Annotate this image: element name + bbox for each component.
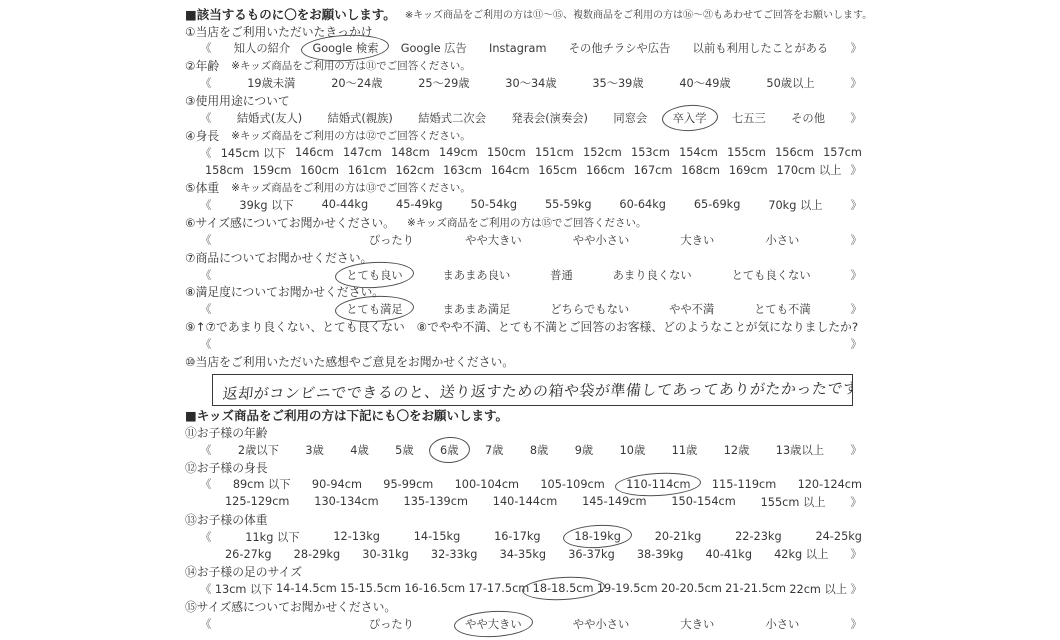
question-label-line: ⑭お子様の足のサイズ <box>185 563 862 580</box>
bracket-open: 《 <box>200 145 212 161</box>
option-label: 120-124cm <box>798 478 862 491</box>
option: 110-114cm <box>626 478 690 491</box>
option-label: 50歳以上 <box>766 77 814 90</box>
option: 19-19.5cm <box>597 582 658 595</box>
question-label: ⑦商品についてお聞かせください。 <box>185 249 372 266</box>
bracket-open: 《 <box>200 267 212 283</box>
option: 125-129cm <box>225 495 289 508</box>
option: 20-21kg <box>655 530 702 543</box>
form-header-note: ※キッズ商品をご利用の方は⑪～⑮、複数商品をご利用の方は⑯～㉑もあわせてご回答を… <box>405 6 872 21</box>
option-label: やや不満 <box>669 303 714 316</box>
option: 7歳 <box>485 442 504 458</box>
option: 知人の紹介 <box>234 40 291 56</box>
option: 13歳以上 <box>776 442 824 458</box>
option-label: 161cm <box>348 164 387 177</box>
option-row: 《》 <box>185 335 862 352</box>
option: 160cm <box>300 164 339 177</box>
question-label-line: ⑫お子様の身長 <box>185 458 862 475</box>
option-label: 34-35kg <box>500 548 547 561</box>
option: 130-134cm <box>314 495 378 508</box>
option-label: 165cm <box>538 164 577 177</box>
question-label-line: ②年齢※キッズ商品をご利用の方は⑪でご回答ください。 <box>185 57 862 74</box>
bracket-open: 《 <box>200 301 212 317</box>
question-label: ⑮サイズ感についてお聞かせください。 <box>185 598 396 615</box>
option-label: 3歳 <box>305 444 324 457</box>
option: 39kg 以下 <box>239 197 293 213</box>
option: 40-44kg <box>322 198 369 211</box>
option-label: 145-149cm <box>582 495 646 508</box>
bracket-open: 《 <box>200 442 212 458</box>
option: まあまあ良い <box>443 267 511 283</box>
option: 19歳未満 <box>247 75 295 91</box>
option-label: 148cm <box>391 146 430 159</box>
option-label: 89cm 以下 <box>233 478 291 491</box>
option: 90-94cm <box>312 478 362 491</box>
option-label: 11kg 以下 <box>245 531 299 544</box>
option: 159cm <box>253 164 292 177</box>
option: 14-14.5cm <box>276 582 337 595</box>
bracket-open: 《 <box>200 616 212 632</box>
option: 153cm <box>631 146 670 159</box>
option-label: 154cm <box>679 146 718 159</box>
option-label: 39kg 以下 <box>239 199 293 212</box>
bracket-close: 》 <box>851 616 863 632</box>
option-label: 14-15kg <box>414 530 461 543</box>
option: 22-23kg <box>735 530 782 543</box>
option-label: とても満足 <box>346 303 403 316</box>
option-label: 100-104cm <box>455 478 519 491</box>
option-label: 166cm <box>586 164 625 177</box>
option: 15-15.5cm <box>340 582 401 595</box>
option: 結婚式(親族) <box>328 110 393 126</box>
option-label: 35～39歳 <box>592 77 643 90</box>
option: 155cm <box>727 146 766 159</box>
option-label: 90-94cm <box>312 478 362 491</box>
option-label: 151cm <box>535 146 574 159</box>
option: ぴったり <box>369 232 414 248</box>
option-label: 60-64kg <box>619 198 666 211</box>
option: 14-15kg <box>414 530 461 543</box>
option: 152cm <box>583 146 622 159</box>
option: 60-64kg <box>619 198 666 211</box>
option-label: 155cm 以上 <box>761 496 826 509</box>
spacer <box>263 623 318 624</box>
option-label: 4歳 <box>350 444 369 457</box>
bracket-open: 《 <box>200 40 212 56</box>
question-label: ②年齢 <box>185 57 219 74</box>
option: 55-59kg <box>545 198 592 211</box>
q10-label-line: ⑩当店をご利用いただいた感想やご意見をお聞かせください。 <box>185 353 862 370</box>
question-label: ⑧満足度についてお聞かせください。 <box>185 283 384 300</box>
option: その他チラシや広告 <box>569 40 671 56</box>
option-label: 18-18.5cm <box>533 582 594 595</box>
option-row: 125-129cm130-134cm135-139cm140-144cm145-… <box>185 493 862 510</box>
option: 149cm <box>439 146 478 159</box>
option: 8歳 <box>530 442 549 458</box>
option: やや不満 <box>669 301 714 317</box>
bracket-close: 》 <box>850 162 862 178</box>
question-label: ⑨↑⑦であまり良くない、とても良くない ⑧でやや不満、とても不満とご回答のお客様… <box>185 318 858 335</box>
option-label: 130-134cm <box>314 495 378 508</box>
option: やや小さい <box>573 232 630 248</box>
option: 35～39歳 <box>592 75 643 91</box>
spacer <box>251 274 306 275</box>
option-label: 30～34歳 <box>505 77 556 90</box>
bracket-close: 》 <box>850 75 862 91</box>
option-row: 《19歳未満20～24歳25～29歳30～34歳35～39歳40～49歳50歳以… <box>185 75 862 92</box>
option-label: 153cm <box>631 146 670 159</box>
option-label: 12-13kg <box>333 530 380 543</box>
option-label: 2歳以下 <box>238 444 279 457</box>
option-label: 164cm <box>491 164 530 177</box>
option-label: やや小さい <box>573 618 630 631</box>
option-label: やや大きい <box>465 234 522 247</box>
option-label: 小さい <box>765 234 799 247</box>
option: 以前も利用したことがある <box>693 40 829 56</box>
option: やや大きい <box>465 616 522 632</box>
option: 169cm <box>729 164 768 177</box>
option: とても良い <box>346 267 403 283</box>
option-label: 22-23kg <box>735 530 782 543</box>
option: 小さい <box>765 616 799 632</box>
question-label: ⑤体重 <box>185 179 219 196</box>
option: 16-16.5cm <box>404 582 465 595</box>
option-label: 169cm <box>729 164 768 177</box>
question-label: ⑩当店をご利用いただいた感想やご意見をお聞かせください。 <box>185 353 514 370</box>
option-label: 65-69kg <box>694 198 741 211</box>
option: 大きい <box>680 232 714 248</box>
option-label: 大きい <box>680 234 714 247</box>
option: 20-20.5cm <box>661 582 722 595</box>
option: 145-149cm <box>582 495 646 508</box>
option: 10歳 <box>620 442 646 458</box>
option-label: 20-21kg <box>655 530 702 543</box>
option-label: 20～24歳 <box>331 77 382 90</box>
option-row: 《ぴったりやや大きいやや小さい大きい小さい》 <box>185 231 862 248</box>
option: 11歳 <box>672 442 698 458</box>
option-label: 26-27kg <box>225 548 272 561</box>
question-label-line: ①当店をご利用いただいたきっかけ <box>185 22 862 39</box>
option-label: 普通 <box>550 269 573 282</box>
option-label: Instagram <box>489 42 546 55</box>
option-label: 147cm <box>343 146 382 159</box>
question-label: ⑭お子様の足のサイズ <box>185 563 302 580</box>
option-label: 145cm 以下 <box>221 147 286 160</box>
option-label: 170cm 以上 <box>777 164 842 177</box>
option-row: 《とても満足まあまあ満足どちらでもないやや不満とても不満》 <box>185 301 862 318</box>
option: 結婚式(友人) <box>237 110 302 126</box>
bracket-open: 《 <box>200 110 212 126</box>
option-label: 40-44kg <box>322 198 369 211</box>
question-label-line: ⑥サイズ感についてお聞かせください。※キッズ商品をご利用の方は⑮でご回答ください… <box>185 214 862 231</box>
option-label: 110-114cm <box>626 478 690 491</box>
option: 145cm 以下 <box>221 145 286 161</box>
question-label-line: ⑪お子様の年齢 <box>185 424 862 441</box>
option-label: まあまあ満足 <box>443 303 511 316</box>
option: 105-109cm <box>540 478 604 491</box>
option-label: 156cm <box>775 146 814 159</box>
option: 170cm 以上 <box>777 162 842 178</box>
option: 25～29歳 <box>418 75 469 91</box>
option: 22cm 以上 <box>789 581 847 597</box>
bracket-open: 《 <box>200 336 212 352</box>
option-label: その他チラシや広告 <box>569 42 671 55</box>
option-label: 160cm <box>300 164 339 177</box>
bracket-close: 》 <box>851 336 863 352</box>
option-label: 95-99cm <box>383 478 433 491</box>
option-label: 32-33kg <box>431 548 478 561</box>
option: 20～24歳 <box>331 75 382 91</box>
question-note: ※キッズ商品をご利用の方は⑮でご回答ください。 <box>407 215 647 230</box>
option-label: 結婚式(友人) <box>237 112 302 125</box>
option: 34-35kg <box>500 548 547 561</box>
scanned-survey-page: ■該当するものに〇をお願いします。 ※キッズ商品をご利用の方は⑪～⑮、複数商品を… <box>0 0 1060 640</box>
option: Google 検索 <box>312 40 378 56</box>
option: 小さい <box>765 232 799 248</box>
option: 2歳以下 <box>238 442 279 458</box>
option-row: 《145cm 以下146cm147cm148cm149cm150cm151cm1… <box>185 144 862 161</box>
bracket-close: 》 <box>851 267 863 283</box>
option: 158cm <box>205 164 244 177</box>
option-label: 105-109cm <box>540 478 604 491</box>
option: 6歳 <box>440 442 459 458</box>
option: 156cm <box>775 146 814 159</box>
option-label: 結婚式(親族) <box>328 112 393 125</box>
option-label: 七五三 <box>732 112 766 125</box>
option: 28-29kg <box>294 548 341 561</box>
option: やや小さい <box>573 616 630 632</box>
option: 12歳 <box>724 442 750 458</box>
option-label: Google 検索 <box>312 42 378 55</box>
option-label: 22cm 以上 <box>789 583 847 596</box>
option-label: 168cm <box>681 164 720 177</box>
kids-questions-section: ⑪お子様の年齢《2歳以下3歳4歳5歳6歳7歳8歳9歳10歳11歳12歳13歳以上… <box>185 424 862 633</box>
option: とても良くない <box>732 267 811 283</box>
question-note: ※キッズ商品をご利用の方は⑬でご回答ください。 <box>231 180 471 195</box>
option-label: 30-31kg <box>362 548 409 561</box>
option: 150-154cm <box>671 495 735 508</box>
option: 3歳 <box>305 442 324 458</box>
question-label: ⑬お子様の体重 <box>185 511 268 528</box>
option-label: 知人の紹介 <box>234 42 291 55</box>
option: 18-18.5cm <box>533 582 594 595</box>
question-label: ③使用用途について <box>185 92 290 109</box>
option-label: やや大きい <box>465 618 522 631</box>
option: 135-139cm <box>404 495 468 508</box>
option-label: 115-119cm <box>712 478 776 491</box>
option-label: 40～49歳 <box>679 77 730 90</box>
option-label: 36-37kg <box>568 548 615 561</box>
option: 140-144cm <box>493 495 557 508</box>
option: 26-27kg <box>225 548 272 561</box>
option: やや大きい <box>465 232 522 248</box>
option: とても満足 <box>346 301 403 317</box>
option: 30～34歳 <box>505 75 556 91</box>
option: 157cm <box>823 146 862 159</box>
option-label: その他 <box>791 112 825 125</box>
option: 11kg 以下 <box>245 529 299 545</box>
option-label: 28-29kg <box>294 548 341 561</box>
option-label: 15-15.5cm <box>340 582 401 595</box>
option-label: 結婚式二次会 <box>418 112 486 125</box>
option-label: 19-19.5cm <box>597 582 658 595</box>
option: 卒入学 <box>673 110 707 126</box>
option: 9歳 <box>575 442 594 458</box>
bracket-close: 》 <box>851 197 863 213</box>
option: 発表会(演奏会) <box>511 110 588 126</box>
option: 155cm 以上 <box>761 494 826 510</box>
option: 95-99cm <box>383 478 433 491</box>
option: その他 <box>791 110 825 126</box>
option-label: 7歳 <box>485 444 504 457</box>
option-label: とても良い <box>346 269 403 282</box>
option: 18-19kg <box>574 530 621 543</box>
option: 13cm 以下 <box>215 581 273 597</box>
option: まあまあ満足 <box>443 301 511 317</box>
comment-box: 返却がコンビニでできるのと、送り返すための箱や袋が準備してあってありがたかったで… <box>212 374 853 406</box>
option: 結婚式二次会 <box>418 110 486 126</box>
option-row: 《とても良いまあまあ良い普通あまり良くないとても良くない》 <box>185 266 862 283</box>
option: 150cm <box>487 146 526 159</box>
question-label: ④身長 <box>185 127 219 144</box>
option-label: 125-129cm <box>225 495 289 508</box>
option-label: 150cm <box>487 146 526 159</box>
option-row: 《11kg 以下12-13kg14-15kg16-17kg18-19kg20-2… <box>185 528 862 545</box>
option-label: 12歳 <box>724 444 750 457</box>
spacer <box>263 239 318 240</box>
option-row: 《13cm 以下14-14.5cm15-15.5cm16-16.5cm17-17… <box>185 580 862 597</box>
option-label: 149cm <box>439 146 478 159</box>
option-label: 6歳 <box>440 444 459 457</box>
option: 65-69kg <box>694 198 741 211</box>
option-label: とても不満 <box>754 303 811 316</box>
option: 30-31kg <box>362 548 409 561</box>
option: 40-41kg <box>705 548 752 561</box>
option-label: 42kg 以上 <box>774 548 828 561</box>
option-label: 157cm <box>823 146 862 159</box>
option-row: 26-27kg28-29kg30-31kg32-33kg34-35kg36-37… <box>185 545 862 562</box>
form-content: ■該当するものに〇をお願いします。 ※キッズ商品をご利用の方は⑪～⑮、複数商品を… <box>185 5 862 632</box>
option: 大きい <box>680 616 714 632</box>
option: 100-104cm <box>455 478 519 491</box>
option-label: 17-17.5cm <box>468 582 529 595</box>
option: 164cm <box>491 164 530 177</box>
option-label: 同窓会 <box>613 112 647 125</box>
option: 151cm <box>535 146 574 159</box>
option: 167cm <box>634 164 673 177</box>
option-label: 150-154cm <box>671 495 735 508</box>
question-label-line: ⑨↑⑦であまり良くない、とても良くない ⑧でやや不満、とても不満とご回答のお客様… <box>185 318 862 335</box>
option: 168cm <box>681 164 720 177</box>
option: 115-119cm <box>712 478 776 491</box>
option-label: 158cm <box>205 164 244 177</box>
form-header: ■該当するものに〇をお願いします。 ※キッズ商品をご利用の方は⑪～⑮、複数商品を… <box>185 5 862 22</box>
option-label: 146cm <box>295 146 334 159</box>
option-row: 158cm159cm160cm161cm162cm163cm164cm165cm… <box>185 162 862 179</box>
main-questions-section: ①当店をご利用いただいたきっかけ《知人の紹介Google 検索Google 広告… <box>185 22 862 352</box>
option-label: 19歳未満 <box>247 77 295 90</box>
question-label-line: ④身長※キッズ商品をご利用の方は⑫でご回答ください。 <box>185 127 862 144</box>
option-label: 5歳 <box>395 444 414 457</box>
option-row: 《2歳以下3歳4歳5歳6歳7歳8歳9歳10歳11歳12歳13歳以上》 <box>185 441 862 458</box>
bracket-close: 》 <box>850 494 862 510</box>
option: 166cm <box>586 164 625 177</box>
option: 163cm <box>443 164 482 177</box>
option: 同窓会 <box>613 110 647 126</box>
option: 5歳 <box>395 442 414 458</box>
bracket-open: 《 <box>200 197 212 213</box>
option: 12-13kg <box>333 530 380 543</box>
option-label: 55-59kg <box>545 198 592 211</box>
option-label: 13歳以上 <box>776 444 824 457</box>
option: 七五三 <box>732 110 766 126</box>
question-label-line: ⑬お子様の体重 <box>185 511 862 528</box>
option-label: あまり良くない <box>613 269 692 282</box>
option: 161cm <box>348 164 387 177</box>
question-label-line: ⑮サイズ感についてお聞かせください。 <box>185 598 862 615</box>
option-label: 24-25kg <box>815 530 862 543</box>
option: 24-25kg <box>815 530 862 543</box>
bracket-open: 《 <box>200 75 212 91</box>
option-label: 25～29歳 <box>418 77 469 90</box>
option: 154cm <box>679 146 718 159</box>
option-label: 135-139cm <box>404 495 468 508</box>
option-label: Google 広告 <box>401 42 467 55</box>
option-label: どちらでもない <box>550 303 629 316</box>
option: 89cm 以下 <box>233 476 291 492</box>
option-label: 162cm <box>396 164 435 177</box>
option: 38-39kg <box>637 548 684 561</box>
option: 120-124cm <box>798 478 862 491</box>
option: どちらでもない <box>550 301 629 317</box>
option: 165cm <box>538 164 577 177</box>
form-header-title: ■該当するものに〇をお願いします。 <box>185 5 396 23</box>
option-label: 18-19kg <box>574 530 621 543</box>
bracket-open: 《 <box>200 476 212 492</box>
option: 147cm <box>343 146 382 159</box>
option: とても不満 <box>754 301 811 317</box>
option-label: 発表会(演奏会) <box>511 112 588 125</box>
option: 17-17.5cm <box>468 582 529 595</box>
bracket-open: 《 <box>200 529 212 545</box>
option: 70kg 以上 <box>768 197 822 213</box>
option-label: 卒入学 <box>673 112 707 125</box>
option: 50-54kg <box>471 198 518 211</box>
option-label: 9歳 <box>575 444 594 457</box>
question-label-line: ⑧満足度についてお聞かせください。 <box>185 283 862 300</box>
option-label: 以前も利用したことがある <box>693 42 829 55</box>
option-label: 16-17kg <box>494 530 541 543</box>
bracket-close: 》 <box>850 581 862 597</box>
option-label: 20-20.5cm <box>661 582 722 595</box>
bracket-close: 》 <box>851 546 863 562</box>
option: 32-33kg <box>431 548 478 561</box>
handwritten-comment: 返却がコンビニでできるのと、送り返すための箱や袋が準備してあってありがたかったで… <box>222 377 853 404</box>
option-label: 38-39kg <box>637 548 684 561</box>
option: Instagram <box>489 42 546 55</box>
option: Google 広告 <box>401 40 467 56</box>
option-label: 140-144cm <box>493 495 557 508</box>
spacer <box>251 309 306 310</box>
option-label: ぴったり <box>369 234 414 247</box>
bracket-close: 》 <box>850 442 862 458</box>
option-label: 50-54kg <box>471 198 518 211</box>
question-note: ※キッズ商品をご利用の方は⑫でご回答ください。 <box>231 128 471 143</box>
question-label-line: ⑦商品についてお聞かせください。 <box>185 248 862 265</box>
bracket-close: 》 <box>850 40 862 56</box>
question-note: ※キッズ商品をご利用の方は⑪でご回答ください。 <box>231 58 471 73</box>
option-label: 155cm <box>727 146 766 159</box>
